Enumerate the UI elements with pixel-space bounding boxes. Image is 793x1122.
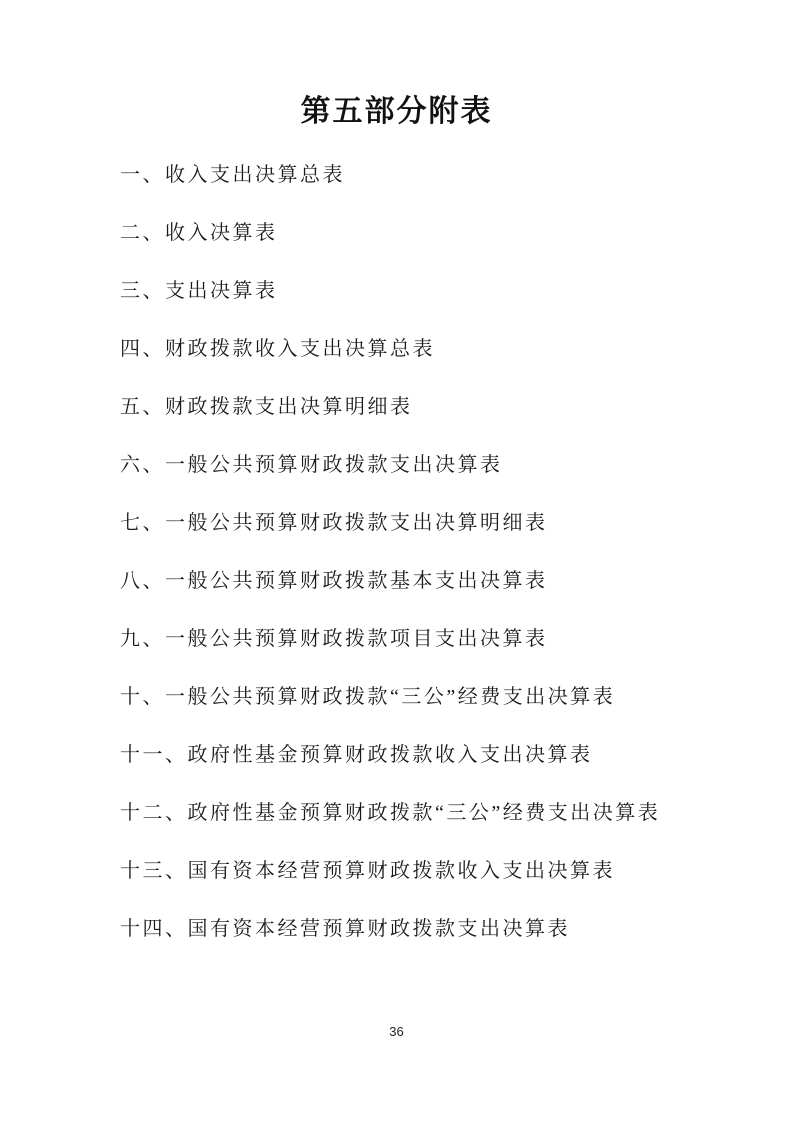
- toc-item: 十三、国有资本经营预算财政拨款收入支出决算表: [120, 858, 743, 916]
- toc-item: 二、收入决算表: [120, 220, 743, 278]
- toc-item: 十二、政府性基金预算财政拨款“三公”经费支出决算表: [120, 800, 743, 858]
- toc-item: 六、一般公共预算财政拨款支出决算表: [120, 452, 743, 510]
- toc-item: 九、一般公共预算财政拨款项目支出决算表: [120, 626, 743, 684]
- page-footer: 36: [0, 1024, 793, 1040]
- toc-item: 十、一般公共预算财政拨款“三公”经费支出决算表: [120, 684, 743, 742]
- toc-item: 八、一般公共预算财政拨款基本支出决算表: [120, 568, 743, 626]
- toc-item: 五、财政拨款支出决算明细表: [120, 394, 743, 452]
- toc-item: 十四、国有资本经营预算财政拨款支出决算表: [120, 916, 743, 974]
- toc-item: 七、一般公共预算财政拨款支出决算明细表: [120, 510, 743, 568]
- toc-list: 一、收入支出决算总表 二、收入决算表 三、支出决算表 四、财政拨款收入支出决算总…: [120, 162, 743, 974]
- toc-item: 三、支出决算表: [120, 278, 743, 336]
- toc-item: 十一、政府性基金预算财政拨款收入支出决算表: [120, 742, 743, 800]
- page-number: 36: [389, 1024, 403, 1039]
- page-title: 第五部分附表: [0, 94, 793, 130]
- toc-item: 四、财政拨款收入支出决算总表: [120, 336, 743, 394]
- toc-item: 一、收入支出决算总表: [120, 162, 743, 220]
- document-page: 第五部分附表 一、收入支出决算总表 二、收入决算表 三、支出决算表 四、财政拨款…: [0, 0, 793, 1122]
